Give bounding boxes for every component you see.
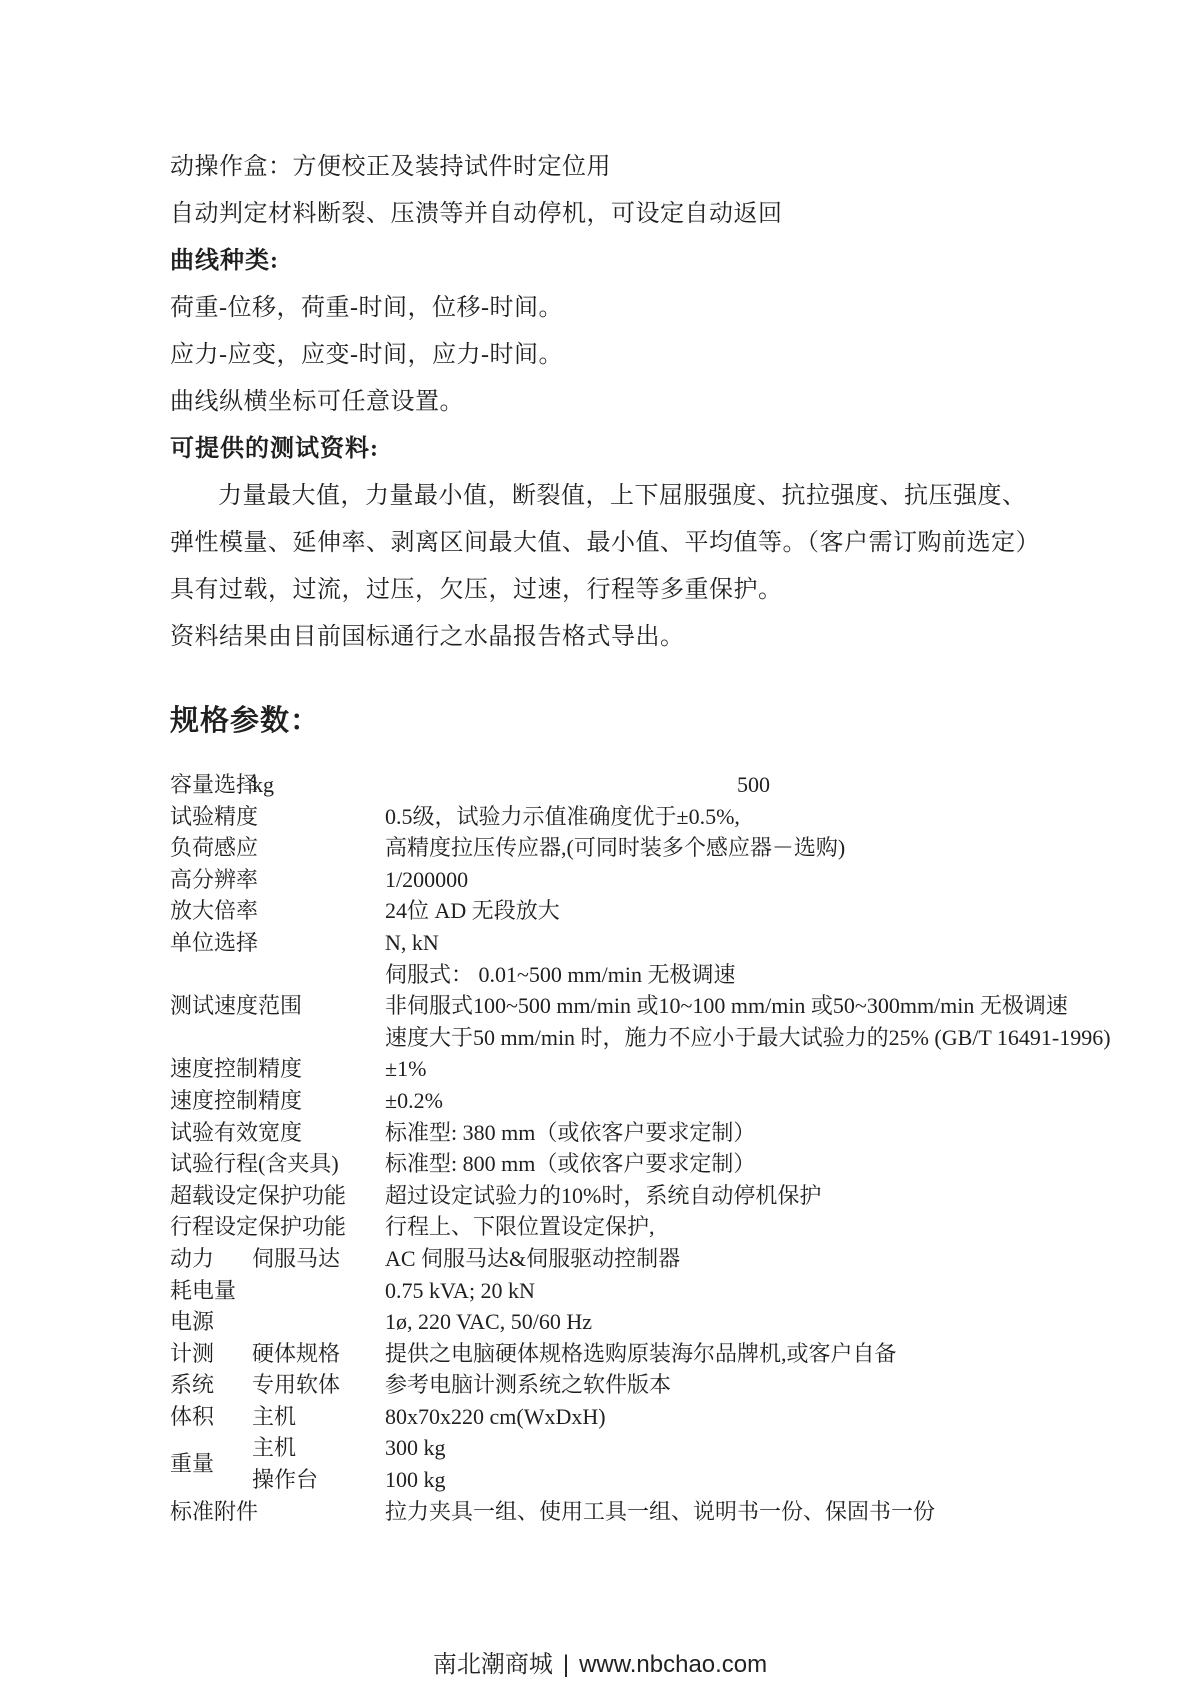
spec-label: 试验有效宽度 [170,1120,302,1145]
document-page: 动操作盒：方便校正及装持试件时定位用自动判定材料断裂、压溃等并自动停机，可设定自… [0,0,1200,1697]
spec-value: ±0.2% [385,1085,1080,1117]
spec-label-area: 速度控制精度 [170,1085,385,1117]
spec-label-area: 试验有效宽度 [170,1117,385,1149]
intro-paragraph: 曲线纵横坐标可任意设置。 [170,379,1080,426]
spec-label: 试验精度 [170,804,258,829]
spec-sublabel: 专用软体 [252,1369,340,1401]
spec-label: 容量选择 [170,772,258,797]
spec-label-area: 重量主机 [170,1432,385,1464]
spec-label: 速度控制精度 [170,1088,302,1113]
spec-row: 动力伺服马达 AC 伺服马达&伺服驱动控制器 [170,1243,1080,1275]
spec-row: 伺服式： 0.01~500 mm/min 无极调速 [170,959,1080,991]
spec-label-area: 耗电量 [170,1275,385,1307]
intro-paragraph: 具有过载，过流，过压，欠压，过速，行程等多重保护。 [170,567,1080,614]
spec-row: 电源 1ø, 220 VAC, 50/60 Hz [170,1306,1080,1338]
spec-label-area: 高分辨率 [170,864,385,896]
spec-label: 单位选择 [170,930,258,955]
spec-sublabel: 主机 [252,1401,296,1433]
spec-value: 1/200000 [385,864,1080,896]
spec-label-area: 放大倍率 [170,895,385,927]
spec-sublabel: 主机 [252,1432,296,1464]
page-footer: 南北潮商城|www.nbchao.com [0,1644,1200,1679]
spec-value: AC 伺服马达&伺服驱动控制器 [385,1243,1080,1275]
spec-value: 提供之电脑硬体规格选购原装海尔品牌机,或客户自备 [385,1338,1080,1370]
footer-site-name: 南北潮商城 [433,1651,553,1678]
spec-value: 标准型: 380 mm（或依客户要求定制） [385,1117,1080,1149]
spec-sublabel: 操作台 [252,1464,318,1496]
spec-value: N, kN [385,927,1080,959]
spec-label: 试验行程(含夹具) [170,1151,339,1176]
spec-value: 非伺服式100~500 mm/min 或10~100 mm/min 或50~30… [385,990,1080,1022]
intro-paragraph: 曲线种类: [170,238,1080,285]
intro-paragraph: 可提供的测试资料: [170,426,1080,473]
intro-section: 动操作盒：方便校正及装持试件时定位用自动判定材料断裂、压溃等并自动停机，可设定自… [170,144,1080,661]
spec-label-area: 速度控制精度 [170,1053,385,1085]
spec-value: 300 kg [385,1432,1080,1464]
spec-label: 体积 [170,1404,214,1429]
spec-row: 放大倍率 24位 AD 无段放大 [170,895,1080,927]
spec-row: 速度控制精度 ±1% [170,1053,1080,1085]
spec-label-area: 计测硬体规格 [170,1338,385,1370]
spec-label-area [170,1022,385,1054]
spec-row: 超载设定保护功能 超过设定试验力的10%时，系统自动停机保护 [170,1180,1080,1212]
spec-label-area: 行程设定保护功能 [170,1211,385,1243]
spec-row: 计测硬体规格 提供之电脑硬体规格选购原装海尔品牌机,或客户自备 [170,1338,1080,1370]
spec-row: 耗电量 0.75 kVA; 20 kN [170,1275,1080,1307]
spec-value: 0.75 kVA; 20 kN [385,1275,1080,1307]
intro-paragraph: 资料结果由目前国标通行之水晶报告格式导出。 [170,614,1080,661]
spec-label-area: 测试速度范围 [170,990,385,1022]
spec-value: 超过设定试验力的10%时，系统自动停机保护 [385,1180,1080,1212]
intro-paragraph: 自动判定材料断裂、压溃等并自动停机，可设定自动返回 [170,191,1080,238]
spec-sublabel: kg [252,769,274,801]
spec-row: 标准附件 拉力夹具一组、使用工具一组、说明书一份、保固书一份 [170,1496,1080,1528]
spec-row: 体积主机 80x70x220 cm(WxDxH) [170,1401,1080,1433]
spec-row: 重量主机 300 kg [170,1432,1080,1464]
spec-row: 速度控制精度 ±0.2% [170,1085,1080,1117]
spec-label: 高分辨率 [170,867,258,892]
spec-row: 速度大于50 mm/min 时，施力不应小于最大试验力的25% (GB/T 16… [170,1022,1080,1054]
spec-label: 耗电量 [170,1278,236,1303]
spec-label-area: 体积主机 [170,1401,385,1433]
spec-value: 500 [385,769,1080,801]
intro-paragraph: 应力-应变，应变-时间，应力-时间。 [170,332,1080,379]
spec-value: 0.5级，试验力示值准确度优于±0.5%, [385,801,1080,833]
spec-row: 容量选择kg 500 [170,769,1080,801]
spec-label-area: 操作台 [170,1464,385,1496]
spec-value: 高精度拉压传应器,(可同时装多个感应器－选购) [385,832,1080,864]
footer-separator: | [563,1651,569,1678]
spec-label-area: 容量选择kg [170,769,385,801]
document-content: 动操作盒：方便校正及装持试件时定位用自动判定材料断裂、压溃等并自动停机，可设定自… [170,144,1080,1527]
spec-label: 标准附件 [170,1499,258,1524]
spec-label-area: 负荷感应 [170,832,385,864]
spec-label: 计测 [170,1341,214,1366]
spec-label-area: 电源 [170,1306,385,1338]
spec-label-area: 系统专用软体 [170,1369,385,1401]
spec-label-area: 试验行程(含夹具) [170,1148,385,1180]
spec-sublabel: 伺服马达 [252,1243,340,1275]
spec-value: 24位 AD 无段放大 [385,895,1080,927]
intro-paragraph: 荷重-位移，荷重-时间，位移-时间。 [170,285,1080,332]
intro-paragraph: 弹性模量、延伸率、剥离区间最大值、最小值、平均值等。（客户需订购前选定） [170,520,1080,567]
spec-label-area: 标准附件 [170,1496,385,1528]
spec-value: 参考电脑计测系统之软件版本 [385,1369,1080,1401]
spec-row: 操作台 100 kg [170,1464,1080,1496]
spec-sublabel: 硬体规格 [252,1338,340,1370]
intro-paragraph: 动操作盒：方便校正及装持试件时定位用 [170,144,1080,191]
spec-label: 系统 [170,1372,214,1397]
spec-row: 单位选择 N, kN [170,927,1080,959]
spec-label-area: 单位选择 [170,927,385,959]
spec-row: 行程设定保护功能 行程上、下限位置设定保护, [170,1211,1080,1243]
spec-value: 拉力夹具一组、使用工具一组、说明书一份、保固书一份 [385,1496,1080,1528]
spec-row: 测试速度范围 非伺服式100~500 mm/min 或10~100 mm/min… [170,990,1080,1022]
spec-value: 速度大于50 mm/min 时，施力不应小于最大试验力的25% (GB/T 16… [385,1022,1111,1054]
spec-row: 试验有效宽度 标准型: 380 mm（或依客户要求定制） [170,1117,1080,1149]
spec-row: 试验行程(含夹具) 标准型: 800 mm（或依客户要求定制） [170,1148,1080,1180]
footer-url-link[interactable]: www.nbchao.com [579,1651,767,1678]
spec-table: 容量选择kg 500 试验精度 0.5级，试验力示值准确度优于±0.5%, 负荷… [170,769,1080,1527]
spec-row: 高分辨率 1/200000 [170,864,1080,896]
spec-section-title: 规格参数： [170,698,1080,745]
spec-value: 伺服式： 0.01~500 mm/min 无极调速 [385,959,1080,991]
spec-value: 1ø, 220 VAC, 50/60 Hz [385,1306,1080,1338]
spec-label: 速度控制精度 [170,1056,302,1081]
spec-label: 超载设定保护功能 [170,1183,346,1208]
spec-value: 行程上、下限位置设定保护, [385,1211,1080,1243]
spec-label-area: 试验精度 [170,801,385,833]
spec-label: 负荷感应 [170,835,258,860]
spec-row: 试验精度 0.5级，试验力示值准确度优于±0.5%, [170,801,1080,833]
spec-value: 标准型: 800 mm（或依客户要求定制） [385,1148,1080,1180]
spec-value: 80x70x220 cm(WxDxH) [385,1401,1080,1433]
spec-value: ±1% [385,1053,1080,1085]
spec-label: 放大倍率 [170,898,258,923]
spec-row: 系统专用软体 参考电脑计测系统之软件版本 [170,1369,1080,1401]
spec-label: 测试速度范围 [170,993,302,1018]
spec-label-area: 动力伺服马达 [170,1243,385,1275]
spec-value: 100 kg [385,1464,1080,1496]
spec-label: 行程设定保护功能 [170,1214,346,1239]
spec-label-area [170,959,385,991]
spec-label-area: 超载设定保护功能 [170,1180,385,1212]
spec-row: 负荷感应 高精度拉压传应器,(可同时装多个感应器－选购) [170,832,1080,864]
spec-label: 电源 [170,1309,214,1334]
intro-paragraph: 力量最大值，力量最小值，断裂值，上下屈服强度、抗拉强度、抗压强度、 [170,473,1080,520]
spec-label: 动力 [170,1246,214,1271]
